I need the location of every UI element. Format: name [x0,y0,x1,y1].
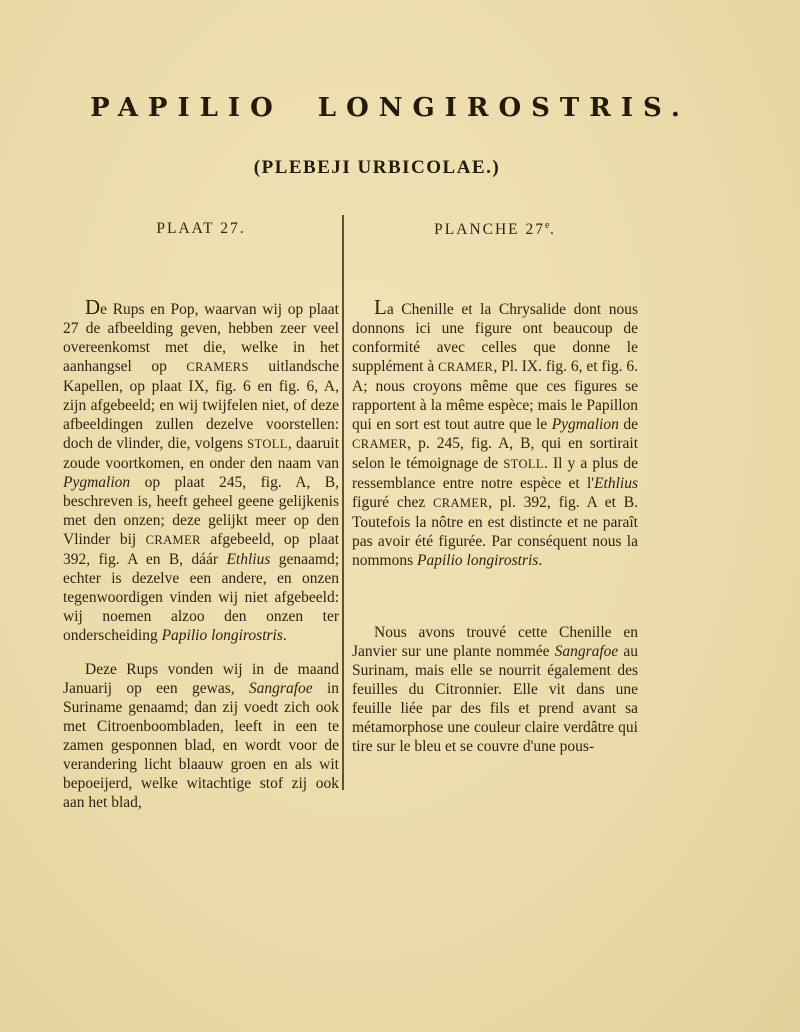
right-column-header: PLANCHE 27e. [352,220,638,244]
right-column-header-period: . [550,221,556,238]
french-column: PLANCHE 27e. La Chenille et la Chrysalid… [352,215,638,244]
right-column-header-text: PLANCHE 27 [434,221,545,238]
book-page: PAPILIO LONGIROSTRIS. (PLEBEJI URBICOLAE… [0,0,800,1032]
column-divider-rule [342,215,344,790]
dutch-paragraph-1: De Rups en Pop, waarvan wij op plaat 27 … [63,300,339,645]
dutch-column: PLAAT 27. De Rups en Pop, waarvan wij op… [63,215,339,244]
page-title: PAPILIO LONGIROSTRIS. [15,93,765,123]
french-paragraph-2: Nous avons trouvé cette Chenille en Janv… [352,623,638,756]
dutch-paragraph-2: Deze Rups vonden wij in de maand Januari… [63,660,339,812]
dutch-column-body: De Rups en Pop, waarvan wij op plaat 27 … [63,300,339,812]
french-paragraph-1: La Chenille et la Chrysalide dont nous d… [352,300,638,570]
left-column-header: PLAAT 27. [63,220,339,244]
page-subtitle: (PLEBEJI URBICOLAE.) [0,157,754,179]
french-column-body: La Chenille et la Chrysalide dont nous d… [352,300,638,756]
